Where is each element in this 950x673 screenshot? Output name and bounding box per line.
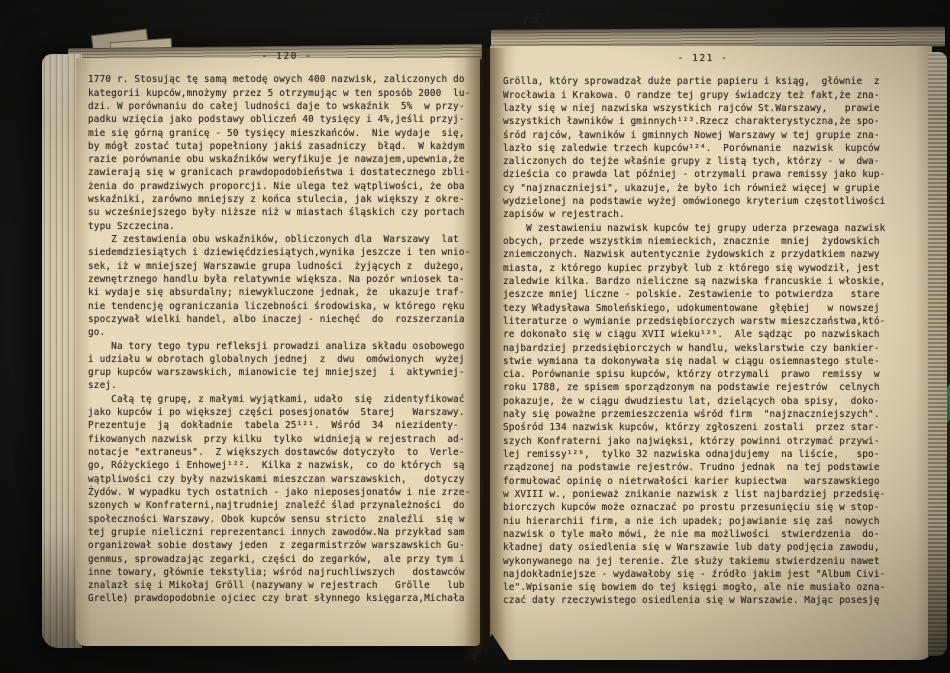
right-fore-edge: [928, 52, 947, 656]
left-page-text: 1770 r. Stosując tę samą metodę owych 40…: [88, 73, 486, 606]
handwritten-mark: 157: [520, 9, 554, 28]
left-page-content: - 120 - 1770 r. Stosując tę samą metodę …: [88, 50, 486, 606]
right-page-number: - 121 -: [503, 52, 903, 65]
book-photo: 157 - 120 - 1770 r. Stosując tę samą met…: [0, 0, 950, 673]
left-page-number: - 120 -: [88, 50, 486, 63]
right-page-content: - 121 - Grölla, który sprowadzał duże pa…: [503, 52, 903, 608]
right-page-text: Grölla, który sprowadzał duże partie pap…: [503, 75, 903, 608]
